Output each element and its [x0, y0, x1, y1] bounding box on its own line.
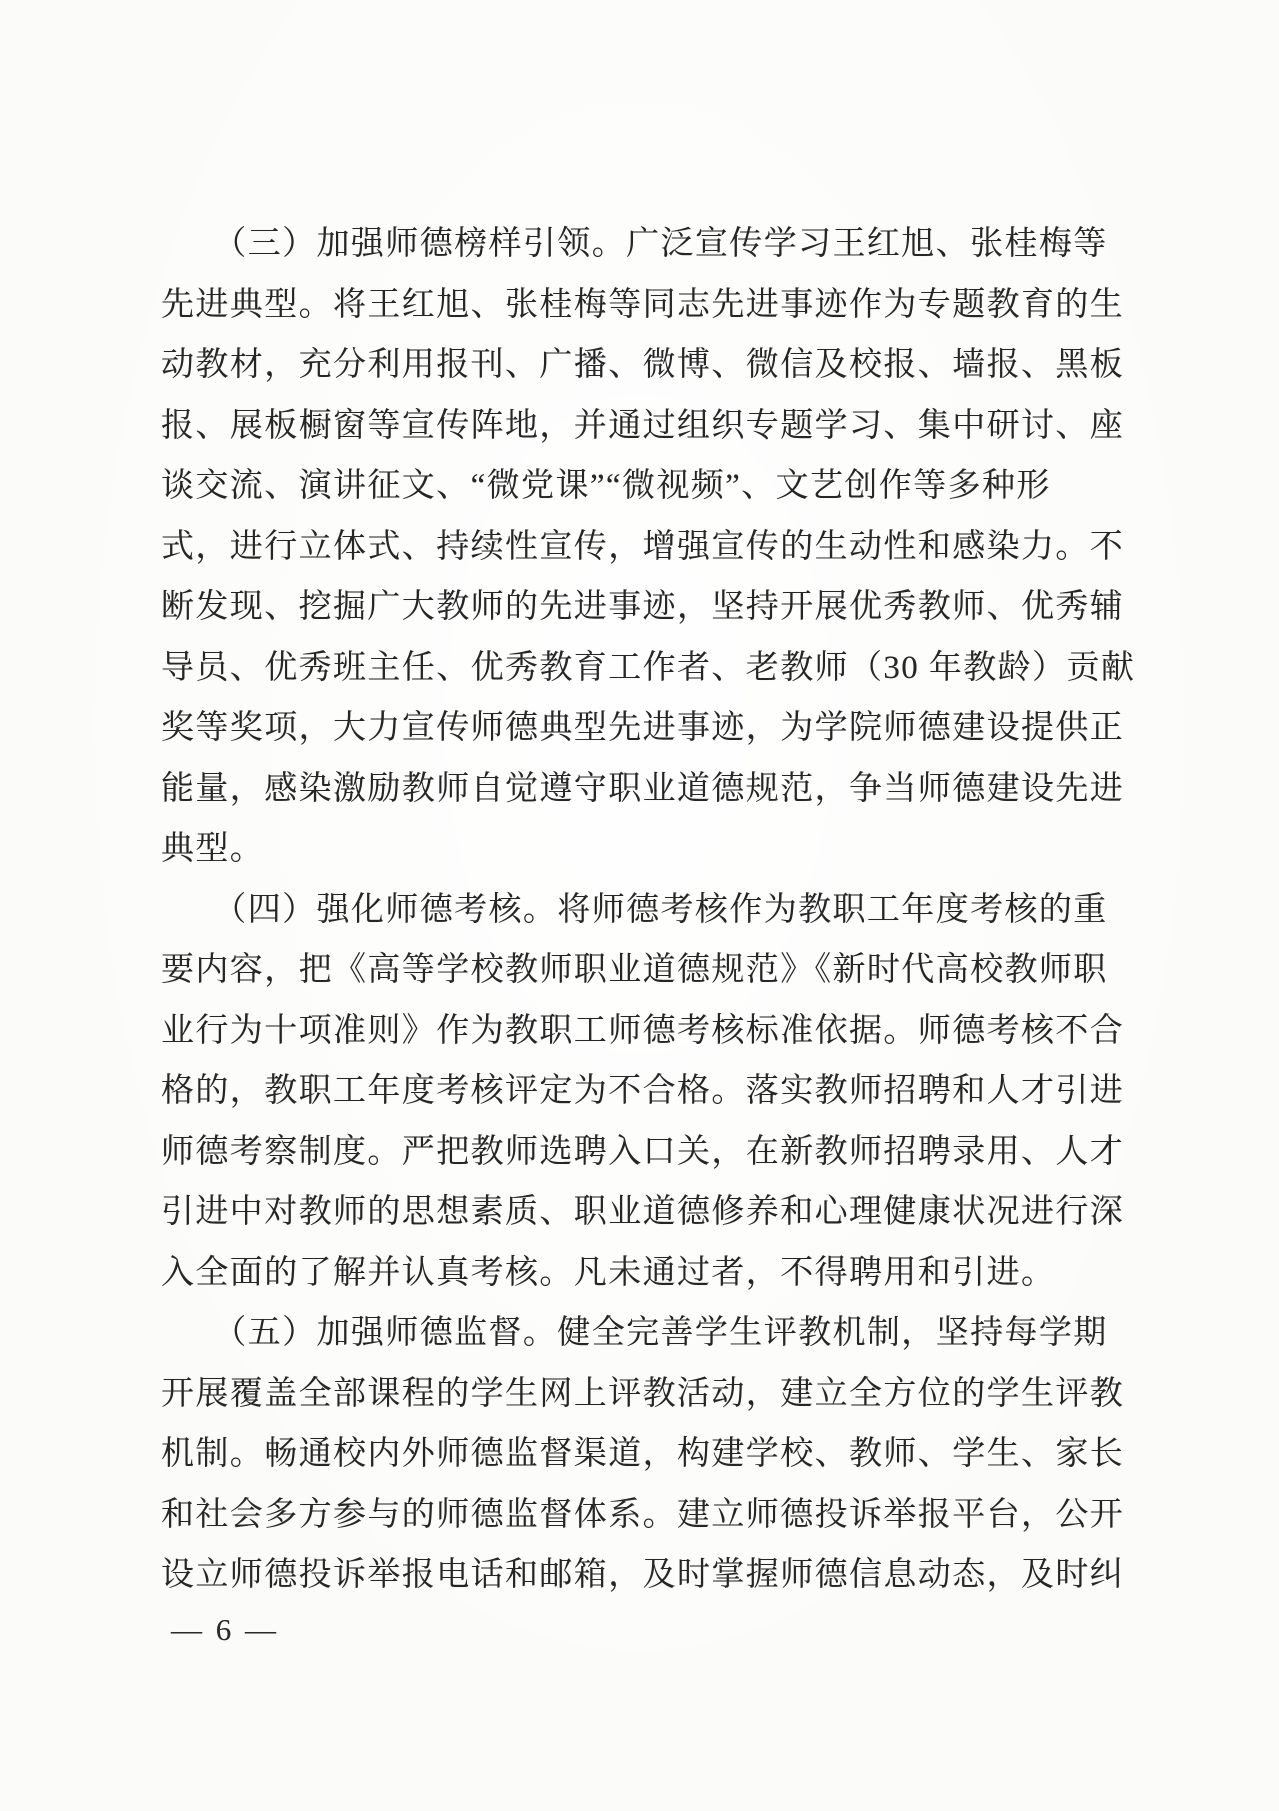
text-line: 式，进行立体式、持续性宣传，增强宣传的生动性和感染力。不 [161, 517, 1141, 578]
text-line: （三）加强师德榜样引领。广泛宣传学习王红旭、张桂梅等 [161, 214, 1141, 275]
text-line: （五）加强师德监督。健全完善学生评教机制，坚持每学期 [161, 1303, 1141, 1364]
text-line: 谈交流、演讲征文、“微党课”“微视频”、文艺创作等多种形 [161, 456, 1141, 517]
paragraph-section-5: （五）加强师德监督。健全完善学生评教机制，坚持每学期开展覆盖全部课程的学生网上评… [161, 1303, 1141, 1606]
paragraph-section-4: （四）强化师德考核。将师德考核作为教职工年度考核的重要内容，把《高等学校教师职业… [161, 880, 1141, 1304]
paragraph-section-3: （三）加强师德榜样引领。广泛宣传学习王红旭、张桂梅等先进典型。将王红旭、张桂梅等… [161, 214, 1141, 880]
text-line: 先进典型。将王红旭、张桂梅等同志先进事迹作为专题教育的生 [161, 275, 1141, 336]
text-line: 设立师德投诉举报电话和邮箱，及时掌握师德信息动态，及时纠 [161, 1545, 1141, 1606]
text-line: 典型。 [161, 819, 1141, 880]
text-line: 动教材，充分利用报刊、广播、微博、微信及校报、墙报、黑板 [161, 335, 1141, 396]
document-body: （三）加强师德榜样引领。广泛宣传学习王红旭、张桂梅等先进典型。将王红旭、张桂梅等… [161, 214, 1141, 1606]
text-line: 引进中对教师的思想素质、职业道德修养和心理健康状况进行深 [161, 1182, 1141, 1243]
text-line: （四）强化师德考核。将师德考核作为教职工年度考核的重 [161, 880, 1141, 941]
text-line: 导员、优秀班主任、优秀教育工作者、老教师（30 年教龄）贡献 [161, 638, 1141, 699]
scanned-document-page: （三）加强师德榜样引领。广泛宣传学习王红旭、张桂梅等先进典型。将王红旭、张桂梅等… [0, 0, 1279, 1811]
text-line: 和社会多方参与的师德监督体系。建立师德投诉举报平台，公开 [161, 1485, 1141, 1546]
text-line: 要内容，把《高等学校教师职业道德规范》《新时代高校教师职 [161, 940, 1141, 1001]
text-line: 开展覆盖全部课程的学生网上评教活动，建立全方位的学生评教 [161, 1364, 1141, 1425]
text-line: 奖等奖项，大力宣传师德典型先进事迹，为学院师德建设提供正 [161, 698, 1141, 759]
text-line: 入全面的了解并认真考核。凡未通过者，不得聘用和引进。 [161, 1243, 1141, 1304]
text-line: 能量，感染激励教师自觉遵守职业道德规范，争当师德建设先进 [161, 759, 1141, 820]
page-number: — 6 — [171, 1612, 279, 1648]
text-line: 师德考察制度。严把教师选聘入口关，在新教师招聘录用、人才 [161, 1122, 1141, 1183]
text-line: 格的，教职工年度考核评定为不合格。落实教师招聘和人才引进 [161, 1061, 1141, 1122]
text-line: 报、展板橱窗等宣传阵地，并通过组织专题学习、集中研讨、座 [161, 396, 1141, 457]
text-line: 断发现、挖掘广大教师的先进事迹，坚持开展优秀教师、优秀辅 [161, 577, 1141, 638]
text-line: 业行为十项准则》作为教职工师德考核标准依据。师德考核不合 [161, 1001, 1141, 1062]
text-line: 机制。畅通校内外师德监督渠道，构建学校、教师、学生、家长 [161, 1424, 1141, 1485]
